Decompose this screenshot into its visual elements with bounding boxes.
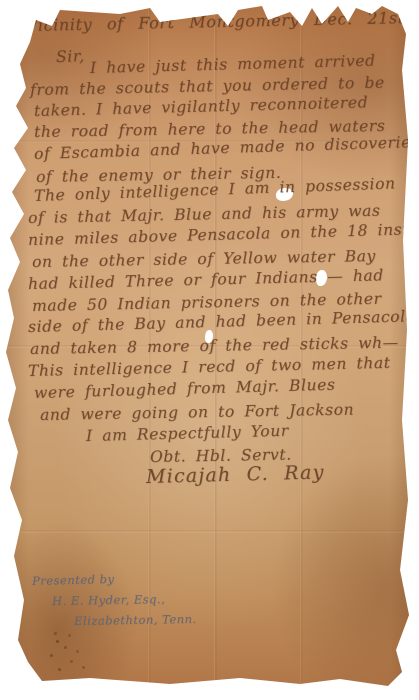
letter-salutation: Sir,: [56, 47, 85, 66]
horizontal-fold-crease: [0, 530, 419, 533]
letter-closing-line: I am Respectfully Your: [86, 422, 289, 445]
letter-body-line: This intelligence I recd of two men that: [28, 354, 391, 380]
aged-paper-sheet: Vicinity of Fort Montgomery Dec. 21st 18…: [0, 0, 419, 700]
provenance-note-line: H. E. Hyder, Esq.,: [52, 592, 165, 608]
foxing-specks: [56, 640, 59, 643]
letter-signature: Micajah C. Ray: [146, 461, 325, 488]
letter-body-line: were furloughed from Majr. Blues: [34, 376, 336, 402]
provenance-note-line: Elizabethton, Tenn.: [74, 612, 197, 628]
letter-body-line: I have just this moment arrived: [90, 52, 376, 77]
provenance-note-line: Presented by: [32, 572, 115, 588]
letter-dateline: Vicinity of Fort Montgomery Dec. 21st 18…: [26, 7, 419, 35]
photographed-letter: Vicinity of Fort Montgomery Dec. 21st 18…: [0, 0, 419, 700]
letter-body-line: had killed Three or four Indians — had: [28, 266, 384, 293]
letter-body-line: and were going on to Fort Jackson: [40, 401, 354, 424]
